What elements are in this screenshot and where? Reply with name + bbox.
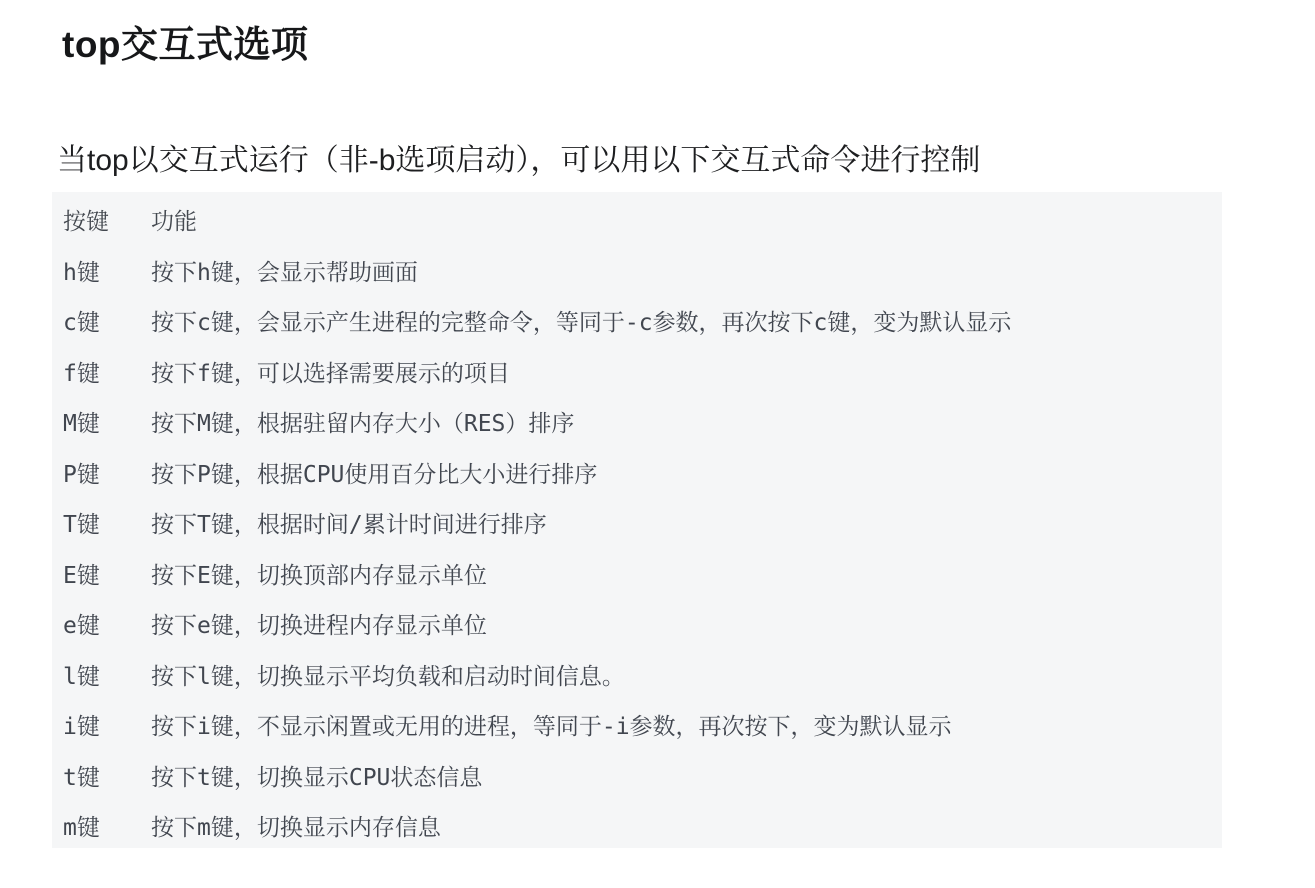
desc-cell: 按下l键，切换显示平均负载和启动时间信息。 [151, 652, 1210, 703]
table-row: h键 按下h键，会显示帮助画面 [63, 248, 1210, 299]
key-cell: c键 [63, 298, 151, 349]
table-row: i键 按下i键，不显示闲置或无用的进程，等同于-i参数，再次按下，变为默认显示 [63, 702, 1210, 753]
page-title: top交互式选项 [62, 22, 309, 68]
table-row: m键 按下m键，切换显示内存信息 [63, 803, 1210, 848]
desc-cell: 按下m键，切换显示内存信息 [151, 803, 1210, 848]
desc-cell: 按下e键，切换进程内存显示单位 [151, 601, 1210, 652]
table-row: T键 按下T键，根据时间/累计时间进行排序 [63, 500, 1210, 551]
key-cell: l键 [63, 652, 151, 703]
key-cell: T键 [63, 500, 151, 551]
key-cell: i键 [63, 702, 151, 753]
desc-cell: 按下f键，可以选择需要展示的项目 [151, 349, 1210, 400]
table-row: e键 按下e键，切换进程内存显示单位 [63, 601, 1210, 652]
intro-text: 当top以交互式运行（非-b选项启动），可以用以下交互式命令进行控制 [57, 141, 980, 180]
desc-cell: 按下M键，根据驻留内存大小（RES）排序 [151, 399, 1210, 450]
document-page: top交互式选项 当top以交互式运行（非-b选项启动），可以用以下交互式命令进… [0, 0, 1315, 888]
desc-cell: 按下E键，切换顶部内存显示单位 [151, 551, 1210, 602]
table-row: l键 按下l键，切换显示平均负载和启动时间信息。 [63, 652, 1210, 703]
header-key-column: 按键 [63, 197, 151, 248]
desc-cell: 按下h键，会显示帮助画面 [151, 248, 1210, 299]
key-cell: t键 [63, 753, 151, 804]
table-row: f键 按下f键，可以选择需要展示的项目 [63, 349, 1210, 400]
desc-cell: 按下c键，会显示产生进程的完整命令，等同于-c参数，再次按下c键，变为默认显示 [151, 298, 1210, 349]
header-function-column: 功能 [151, 197, 1210, 248]
key-cell: E键 [63, 551, 151, 602]
table-row: P键 按下P键，根据CPU使用百分比大小进行排序 [63, 450, 1210, 501]
key-function-table: 按键 功能 h键 按下h键，会显示帮助画面 c键 按下c键，会显示产生进程的完整… [52, 192, 1222, 848]
table-row: t键 按下t键，切换显示CPU状态信息 [63, 753, 1210, 804]
table-row: E键 按下E键，切换顶部内存显示单位 [63, 551, 1210, 602]
key-cell: e键 [63, 601, 151, 652]
key-cell: P键 [63, 450, 151, 501]
key-cell: M键 [63, 399, 151, 450]
desc-cell: 按下P键，根据CPU使用百分比大小进行排序 [151, 450, 1210, 501]
desc-cell: 按下T键，根据时间/累计时间进行排序 [151, 500, 1210, 551]
key-cell: m键 [63, 803, 151, 848]
key-cell: h键 [63, 248, 151, 299]
desc-cell: 按下t键，切换显示CPU状态信息 [151, 753, 1210, 804]
table-row: c键 按下c键，会显示产生进程的完整命令，等同于-c参数，再次按下c键，变为默认… [63, 298, 1210, 349]
table-header-row: 按键 功能 [63, 197, 1210, 248]
desc-cell: 按下i键，不显示闲置或无用的进程，等同于-i参数，再次按下，变为默认显示 [151, 702, 1210, 753]
table-row: M键 按下M键，根据驻留内存大小（RES）排序 [63, 399, 1210, 450]
key-cell: f键 [63, 349, 151, 400]
